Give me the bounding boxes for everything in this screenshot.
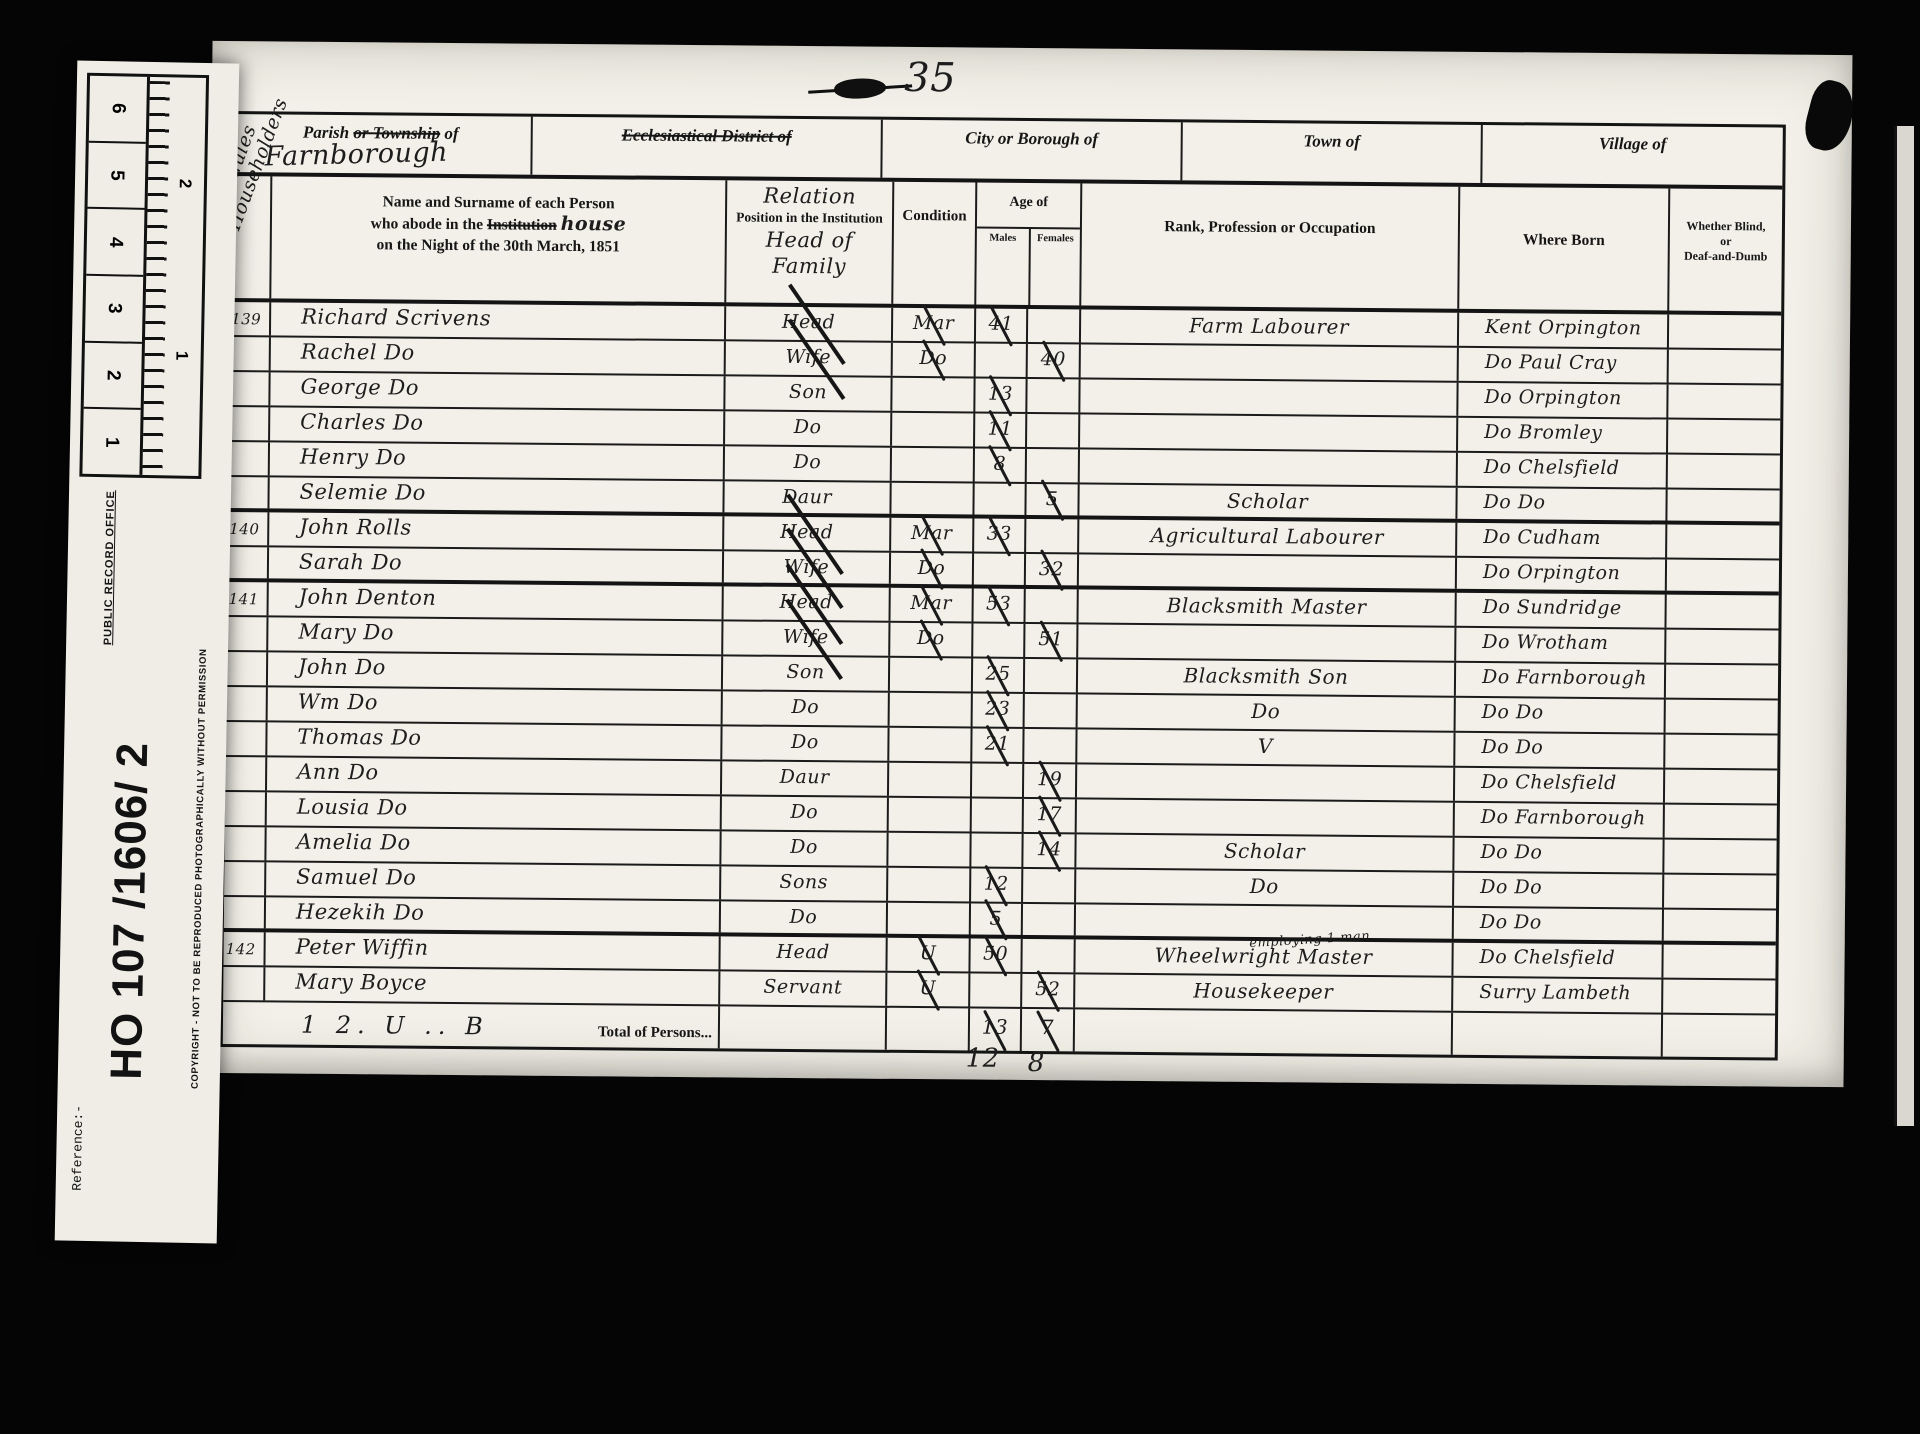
cell-condition	[888, 658, 971, 692]
cell-relation: Do	[720, 796, 887, 830]
ruler-cm-number: 4	[86, 209, 144, 277]
cell-relation: Servant	[718, 971, 885, 1005]
cell-condition	[889, 483, 972, 515]
cell-name: Henry Do	[268, 442, 723, 479]
cell-where-born: Do Do	[1452, 908, 1662, 941]
cell-age-female: 5	[1024, 484, 1077, 515]
cell-blind-deaf	[1661, 980, 1775, 1014]
census-table: Parish or Township of Farnborough Eccles…	[220, 111, 1786, 1061]
cell-occupation: Farm Labourer	[1079, 309, 1457, 345]
cell-age-female	[1021, 904, 1074, 935]
ruler: 654321 21	[79, 73, 209, 479]
ink-blotch	[1800, 77, 1860, 156]
cell-occupation: Blacksmith Son	[1076, 659, 1454, 695]
cell-relation: Do	[720, 726, 887, 760]
cell-age-male: 33	[972, 519, 1024, 552]
cell-occupation: Agricultural Labourer	[1077, 519, 1455, 555]
cell-schedule-number	[228, 442, 268, 475]
cell-age-female: 32	[1024, 554, 1077, 585]
cell-where-born: Do Cudham	[1455, 523, 1665, 558]
cell-age-female: 51	[1023, 624, 1076, 657]
cell-relation: Do	[719, 901, 886, 933]
cell-age-male	[968, 973, 1020, 1006]
cell-condition: Do	[888, 623, 971, 657]
page-number: 35	[904, 55, 956, 101]
town-box: Town of	[1180, 122, 1480, 183]
reference-card: 654321 21 PUBLIC RECORD OFFICE HO 107 /1…	[55, 61, 240, 1244]
ruler-inch-number: 1	[171, 351, 191, 361]
cell-schedule-number	[227, 547, 267, 578]
cell-age-male: 8	[973, 449, 1025, 482]
cell-schedule-number	[225, 722, 265, 755]
cell-age-male	[970, 764, 1022, 797]
cell-age-female	[1023, 694, 1076, 727]
cell-age-female: 52	[1020, 974, 1073, 1007]
cell-age-female	[1021, 869, 1074, 902]
cell-blind-deaf	[1661, 945, 1775, 979]
cell-relation: Do	[723, 446, 890, 480]
cell-blind-deaf	[1664, 665, 1778, 699]
cell-relation: Wife	[724, 341, 891, 375]
cell-age-male	[974, 344, 1026, 377]
cell-age-female	[1020, 939, 1073, 972]
cell-name: Samuel Do	[264, 862, 719, 899]
age-col-header: Age of Males Females	[974, 183, 1080, 306]
cell-name: John Rolls	[267, 512, 722, 549]
public-record-office-label: PUBLIC RECORD OFFICE	[102, 490, 117, 645]
census-rows: 139 Richard Scrivens Head Mar 41 Farm La…	[223, 302, 1781, 1016]
cell-name: Richard Scrivens	[269, 302, 724, 339]
total-of-persons-label: Total of Persons...	[598, 1024, 712, 1042]
condition-col-header: Condition	[891, 182, 975, 305]
total-females: 7	[1020, 1009, 1073, 1051]
cell-age-male	[970, 799, 1022, 832]
males-subheader: Males	[976, 229, 1029, 305]
corrected-total-males: 12	[966, 1043, 1000, 1073]
cell-blind-deaf	[1667, 350, 1781, 384]
corrected-total-females: 8	[1028, 1048, 1045, 1078]
cell-relation: Head	[724, 306, 891, 340]
cell-occupation	[1075, 764, 1453, 800]
village-box: Village of	[1480, 125, 1782, 186]
cell-schedule-number	[225, 757, 265, 790]
cell-where-born: Do Chelsfield	[1453, 768, 1663, 803]
city-label: City or Borough of	[965, 128, 1098, 148]
cell-occupation	[1077, 554, 1455, 588]
ruler-cm-number: 2	[84, 342, 142, 410]
cell-schedule-number	[228, 372, 268, 405]
cell-occupation	[1078, 379, 1456, 415]
cell-age-male: 25	[971, 659, 1023, 692]
ruler-cm-scale: 654321	[82, 76, 150, 475]
ruler-cm-number: 1	[82, 409, 140, 475]
occupation-col-header: Rank, Profession or Occupation	[1079, 183, 1458, 308]
cell-schedule-number	[226, 687, 266, 720]
ruler-cm-number: 5	[87, 142, 145, 210]
cell-schedule-number	[226, 652, 266, 685]
cell-name: Amelia Do	[264, 827, 719, 864]
cell-occupation: Do	[1076, 694, 1454, 730]
cell-name: Mary Do	[266, 617, 721, 654]
cell-age-male	[972, 484, 1024, 515]
cell-occupation	[1078, 449, 1456, 485]
cell-name: Hezekih Do	[264, 897, 719, 932]
cell-occupation	[1076, 624, 1454, 660]
reference-number: HO 107 /1606/ 2	[102, 741, 158, 1080]
cell-blind-deaf	[1666, 420, 1780, 454]
cell-age-female	[1025, 414, 1078, 447]
cell-condition: Mar	[891, 308, 974, 342]
cell-schedule-number: 141	[227, 582, 267, 615]
cell-condition: Do	[891, 343, 974, 377]
cell-condition	[887, 763, 970, 797]
cell-schedule-number	[224, 897, 264, 928]
cell-relation: Wife	[722, 551, 889, 583]
cell-schedule-number	[224, 827, 264, 860]
cell-age-female	[1026, 309, 1079, 342]
ecclesiastical-label: Ecclesiastical District of	[622, 125, 792, 145]
cell-relation: Son	[721, 656, 888, 690]
cell-age-male: 5	[969, 903, 1021, 934]
cell-blind-deaf	[1666, 455, 1780, 489]
cell-schedule-number: 140	[227, 512, 267, 545]
females-subheader: Females	[1028, 229, 1080, 305]
cell-age-female	[1023, 659, 1076, 692]
cell-age-male	[972, 554, 1024, 585]
cell-age-female	[1023, 589, 1076, 622]
cell-schedule-number	[224, 862, 264, 895]
cell-age-female	[1025, 379, 1078, 412]
cell-blind-deaf	[1665, 490, 1779, 522]
cell-relation: Head	[722, 586, 889, 620]
totals-name-cell: 1 2. U .. B Total of Persons...	[263, 1002, 718, 1048]
cell-where-born: Surry Lambeth	[1451, 978, 1661, 1013]
cell-condition: U	[885, 938, 968, 972]
cell-blind-deaf	[1662, 910, 1776, 942]
ruler-inch-number: 2	[175, 179, 195, 189]
cell-name: Lousia Do	[265, 792, 720, 829]
cell-name: Ann Do	[265, 757, 720, 794]
cell-condition	[887, 798, 970, 832]
cell-occupation	[1079, 344, 1457, 380]
cell-relation: Head	[722, 516, 889, 550]
cell-age-male: 23	[971, 694, 1023, 727]
ruler-cm-number: 6	[89, 76, 147, 144]
cell-age-male: 11	[973, 414, 1025, 447]
cell-where-born: Kent Orpington	[1457, 313, 1667, 348]
cell-blind-deaf	[1665, 525, 1779, 559]
copyright-notice: COPYRIGHT - NOT TO BE REPRODUCED PHOTOGR…	[190, 648, 209, 1089]
cell-where-born: Do Bromley	[1456, 418, 1666, 453]
cell-schedule-number	[223, 967, 263, 1000]
cell-blind-deaf	[1663, 735, 1777, 769]
cell-occupation	[1075, 799, 1453, 835]
cell-condition	[890, 378, 973, 412]
cell-name: Mary Boyce	[263, 967, 718, 1004]
cell-age-female: 19	[1022, 764, 1075, 797]
cell-relation: Do	[723, 411, 890, 445]
cell-condition	[886, 868, 969, 902]
cell-schedule-number	[225, 792, 265, 825]
cell-blind-deaf	[1663, 770, 1777, 804]
cell-age-male: 21	[970, 729, 1022, 762]
cell-blind-deaf	[1664, 630, 1778, 664]
cell-age-male	[971, 624, 1023, 657]
cell-schedule-number	[227, 477, 267, 508]
cell-age-male: 53	[971, 589, 1023, 622]
cell-condition	[890, 413, 973, 447]
cell-name: Selemie Do	[267, 477, 722, 512]
cell-where-born: Do Farnborough	[1453, 803, 1663, 838]
cell-relation: Do	[721, 691, 888, 725]
cell-occupation: Do	[1074, 869, 1452, 905]
cell-age-female	[1024, 519, 1077, 552]
enumerator-summary-note: 1 2. U .. B	[301, 1011, 489, 1041]
cell-occupation: Scholar	[1077, 484, 1455, 518]
cell-relation: Wife	[721, 621, 888, 655]
ruler-inch-scale: 21	[142, 77, 206, 476]
cell-blind-deaf	[1666, 385, 1780, 419]
cell-where-born: Do Farnborough	[1454, 663, 1664, 698]
cell-where-born: Do Chelsfield	[1456, 453, 1666, 488]
cell-name: John Denton	[267, 582, 722, 619]
census-sheet: Schedules Householders 35 Parish or Town…	[204, 41, 1853, 1087]
crossed-out-page-number	[834, 77, 887, 100]
where-born-col-header: Where Born	[1457, 187, 1668, 311]
cell-name: Sarah Do	[267, 547, 722, 582]
cell-blind-deaf	[1662, 840, 1776, 874]
cell-blind-deaf	[1665, 560, 1779, 592]
cell-where-born: Do Sundridge	[1454, 593, 1664, 628]
cell-blind-deaf	[1664, 700, 1778, 734]
ecclesiastical-box: Ecclesiastical District of	[530, 117, 880, 178]
ruler-cm-number: 3	[85, 276, 143, 344]
cell-where-born: Do Do	[1452, 873, 1662, 908]
cell-name: Rachel Do	[269, 337, 724, 374]
column-header-band: Name and Surname of each Person who abod…	[229, 176, 1782, 316]
cell-name: Charles Do	[268, 407, 723, 444]
cell-relation: Do	[719, 831, 886, 865]
cell-where-born: Do Do	[1454, 698, 1664, 733]
cell-where-born: Do Orpington	[1456, 383, 1666, 418]
cell-condition	[886, 833, 969, 867]
cell-age-female: 40	[1026, 344, 1079, 377]
cell-where-born: Do Chelsfield	[1451, 943, 1661, 978]
cell-where-born: Do Paul Cray	[1457, 348, 1667, 383]
cell-condition	[888, 693, 971, 727]
cell-relation: Head	[718, 936, 885, 970]
cell-age-male	[969, 834, 1021, 867]
cell-schedule-number: 142	[223, 932, 263, 965]
city-box: City or Borough of	[880, 120, 1180, 181]
cell-condition	[887, 728, 970, 762]
cell-age-female	[1025, 449, 1078, 482]
cell-name: Thomas Do	[265, 722, 720, 759]
cell-relation: Daur	[720, 761, 887, 795]
cell-age-male: 12	[969, 868, 1021, 901]
cell-where-born: Do Wrotham	[1454, 628, 1664, 663]
cell-condition: Mar	[888, 588, 971, 622]
village-label: Village of	[1599, 134, 1667, 154]
cell-condition: Mar	[889, 518, 972, 552]
cell-age-male: 41	[974, 309, 1026, 342]
relation-col-header: Relation Position in the Institution Hea…	[724, 180, 892, 303]
cell-schedule-number: 139	[229, 302, 269, 335]
cell-condition	[886, 903, 969, 935]
cell-schedule-number	[228, 407, 268, 440]
cell-occupation	[1074, 904, 1452, 938]
cell-name: John Do	[266, 652, 721, 689]
cell-blind-deaf	[1667, 315, 1781, 349]
parish-value: Farnborough	[264, 137, 448, 173]
parish-box: Parish or Township of Farnborough	[230, 114, 530, 175]
cell-where-born: Do Do	[1455, 488, 1665, 521]
cell-blind-deaf	[1664, 595, 1778, 629]
cell-relation: Sons	[719, 866, 886, 900]
film-edge-strip	[1894, 126, 1914, 1126]
town-label: Town of	[1303, 131, 1360, 150]
cell-age-male: 13	[973, 379, 1025, 412]
cell-blind-deaf	[1662, 875, 1776, 909]
cell-condition: U	[885, 973, 968, 1007]
cell-occupation: V	[1075, 729, 1453, 765]
cell-blind-deaf	[1663, 805, 1777, 839]
cell-where-born: Do Orpington	[1455, 558, 1665, 591]
cell-age-male: 50	[968, 938, 1020, 971]
blind-col-header: Whether Blind, or Deaf-and-Dumb	[1667, 189, 1782, 312]
cell-condition: Do	[889, 553, 972, 585]
cell-occupation: Housekeeper	[1073, 974, 1451, 1010]
cell-where-born: Do Do	[1452, 838, 1662, 873]
cell-schedule-number	[229, 337, 269, 370]
cell-occupation: Scholar	[1074, 834, 1452, 870]
cell-name: Peter Wiffin	[263, 932, 718, 969]
cell-age-female: 17	[1022, 799, 1075, 832]
cell-occupation: employing 1 man Wheelwright Master	[1073, 939, 1451, 975]
cell-relation: Daur	[722, 481, 889, 513]
cell-name: George Do	[268, 372, 723, 409]
cell-schedule-number	[226, 617, 266, 650]
cell-condition	[890, 448, 973, 482]
cell-occupation: Blacksmith Master	[1076, 589, 1454, 625]
cell-relation: Son	[723, 376, 890, 410]
reference-label: Reference:-	[70, 1105, 87, 1191]
cell-name: Wm Do	[266, 687, 721, 724]
cell-age-female	[1022, 729, 1075, 762]
name-col-header: Name and Surname of each Person who abod…	[269, 176, 725, 302]
cell-where-born: Do Do	[1453, 733, 1663, 768]
cell-occupation	[1078, 414, 1456, 450]
cell-age-female: 14	[1021, 834, 1074, 867]
